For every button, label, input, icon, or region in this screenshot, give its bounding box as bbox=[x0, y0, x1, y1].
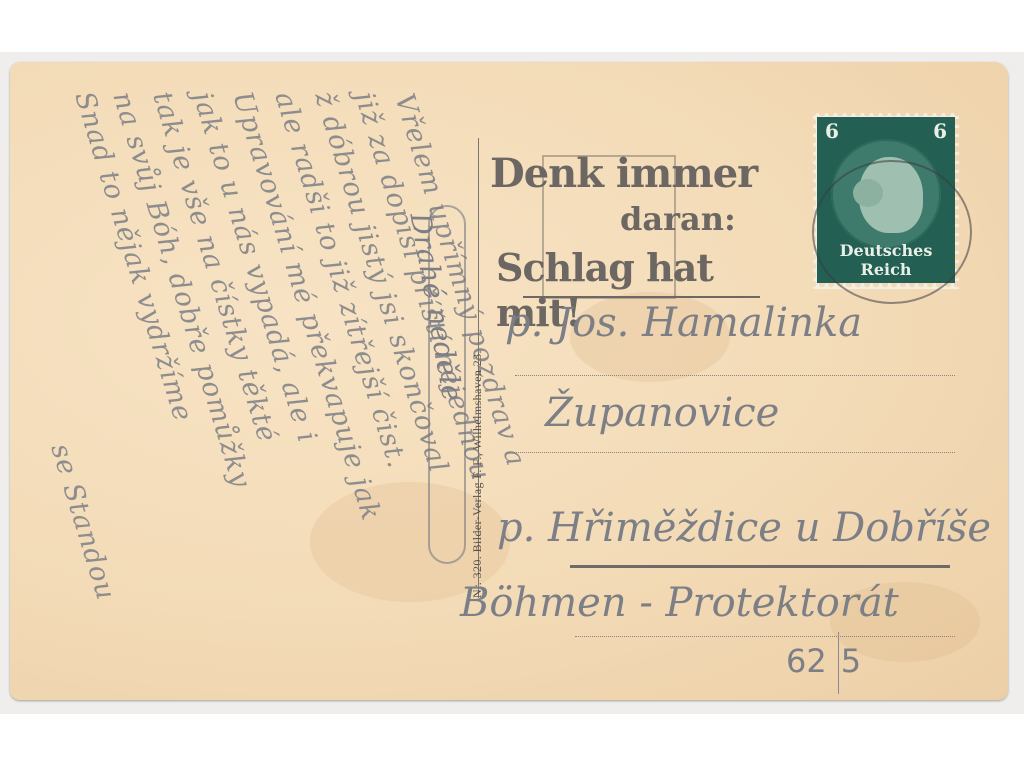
publisher-imprint: Nr. 320. Bilder-Verlag F. F., Wilhelmsha… bbox=[470, 350, 485, 598]
catalog-divider bbox=[838, 632, 839, 694]
address-line-4: Böhmen - Protektorát bbox=[460, 580, 899, 626]
address-line-2: Županovice bbox=[545, 390, 779, 436]
address-guide-line bbox=[510, 452, 955, 453]
message-signature: se Standou bbox=[44, 440, 121, 604]
address-line-3: p. Hřiměždice u Dobříše bbox=[497, 505, 991, 551]
slogan-line: Denk immer bbox=[490, 150, 757, 197]
catalog-note: 625 bbox=[786, 642, 861, 680]
handwritten-message: Vřelem upřímný pozdrav a již za dopisi p… bbox=[20, 80, 450, 690]
address-underline bbox=[570, 565, 950, 568]
catalog-sub: 5 bbox=[841, 642, 861, 680]
stamp-value: 6 bbox=[933, 119, 947, 143]
slogan-rule bbox=[523, 296, 760, 298]
address-line-1: p. Jos. Hamalinka bbox=[505, 300, 862, 346]
catalog-number: 62 bbox=[786, 642, 827, 680]
address-guide-line bbox=[515, 375, 955, 376]
postmark-circle bbox=[812, 160, 972, 304]
address-guide-line bbox=[575, 636, 955, 637]
slogan-line: daran: bbox=[620, 200, 736, 238]
stamp-value: 6 bbox=[825, 119, 839, 143]
slogan-cancellation: Denk immer daran: Schlag hat mit! bbox=[490, 150, 765, 305]
